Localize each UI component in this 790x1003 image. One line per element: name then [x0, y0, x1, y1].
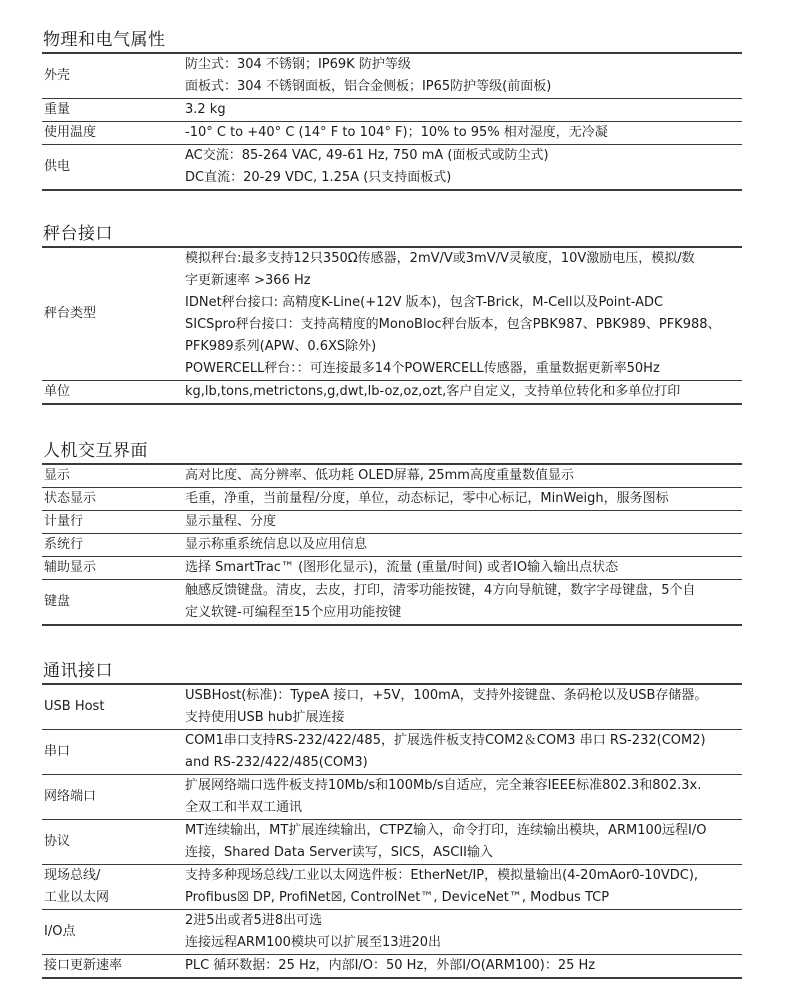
value-line: COM1串口支持RS-232/422/485，扩展选件板支持COM2＆COM3 … [185, 730, 740, 752]
row-label: 秤台类型 [42, 247, 183, 381]
table-row: I/O点 2进5出或者5进8出可选 连接远程ARM100模块可以扩展至13进20… [42, 910, 742, 955]
row-label: 计量行 [42, 511, 183, 534]
value-line: PLC 循环数据：25 Hz，内部I/O：50 Hz，外部I/O(ARM100)… [185, 955, 740, 977]
section-communication: 通讯接口 USB Host USBHost(标准)：TypeA 接口，+5V，1… [42, 659, 742, 979]
table-row: 系统行 显示称重系统信息以及应用信息 [42, 534, 742, 557]
spec-table: 秤台类型 模拟秤台:最多支持12只350Ω传感器，2mV/V或3mV/V灵敏度，… [42, 246, 742, 405]
table-row: USB Host USBHost(标准)：TypeA 接口，+5V，100mA，… [42, 684, 742, 730]
value-line: 面板式：304 不锈钢面板，铝合金侧板；IP65防护等级(前面板) [185, 76, 740, 98]
row-label: 协议 [42, 820, 183, 865]
table-row: 现场总线/ 工业以太网 支持多种现场总线/工业以太网选件板：EtherNet/I… [42, 865, 742, 910]
row-value: MT连续输出，MT扩展连续输出，CTPZ输入，命令打印，连续输出模块，ARM10… [183, 820, 742, 865]
value-line: 显示量程、分度 [185, 511, 740, 533]
row-value: 扩展网络端口选件板支持10Mb/s和100Mb/s自适应，完全兼容IEEE标准8… [183, 775, 742, 820]
value-line: 全双工和半双工通讯 [185, 797, 740, 819]
spec-table: 外壳 防尘式：304 不锈钢；IP69K 防护等级 面板式：304 不锈钢面板，… [42, 52, 742, 191]
table-row: 串口 COM1串口支持RS-232/422/485，扩展选件板支持COM2＆CO… [42, 730, 742, 775]
row-value: 触感反馈键盘。清皮，去皮，打印，清零功能按键，4方向导航键，数字字母键盘，5个自… [183, 580, 742, 626]
value-line: Profibus☒ DP, ProfiNet☒, ControlNet™, De… [185, 887, 740, 909]
value-line: AC交流：85-264 VAC, 49-61 Hz, 750 mA (面板式或防… [185, 145, 740, 167]
section-title: 人机交互界面 [42, 439, 742, 463]
section-title: 通讯接口 [42, 659, 742, 683]
table-row: 接口更新速率 PLC 循环数据：25 Hz，内部I/O：50 Hz，外部I/O(… [42, 955, 742, 979]
value-line: 高对比度、高分辨率、低功耗 OLED屏幕, 25mm高度重量数值显示 [185, 465, 740, 487]
row-value: AC交流：85-264 VAC, 49-61 Hz, 750 mA (面板式或防… [183, 145, 742, 191]
row-value: 毛重，净重，当前量程/分度，单位，动态标记，零中心标记，MinWeigh，服务图… [183, 488, 742, 511]
value-line: 模拟秤台:最多支持12只350Ω传感器，2mV/V或3mV/V灵敏度，10V激励… [185, 248, 740, 270]
table-row: 计量行 显示量程、分度 [42, 511, 742, 534]
table-row: 使用温度 -10° C to +40° C (14° F to 104° F)；… [42, 122, 742, 145]
value-line: 防尘式：304 不锈钢；IP69K 防护等级 [185, 54, 740, 76]
row-value: 显示称重系统信息以及应用信息 [183, 534, 742, 557]
row-value: 3.2 kg [183, 99, 742, 122]
row-label: 状态显示 [42, 488, 183, 511]
row-value: PLC 循环数据：25 Hz，内部I/O：50 Hz，外部I/O(ARM100)… [183, 955, 742, 979]
section-physical-electrical: 物理和电气属性 外壳 防尘式：304 不锈钢；IP69K 防护等级 面板式：30… [42, 28, 742, 191]
row-value: COM1串口支持RS-232/422/485，扩展选件板支持COM2＆COM3 … [183, 730, 742, 775]
table-row: 外壳 防尘式：304 不锈钢；IP69K 防护等级 面板式：304 不锈钢面板，… [42, 53, 742, 99]
table-row: 状态显示 毛重，净重，当前量程/分度，单位，动态标记，零中心标记，MinWeig… [42, 488, 742, 511]
row-value: USBHost(标准)：TypeA 接口，+5V，100mA，支持外接键盘、条码… [183, 684, 742, 730]
value-line: 支持使用USB hub扩展连接 [185, 707, 740, 729]
row-label: 键盘 [42, 580, 183, 626]
spec-table: USB Host USBHost(标准)：TypeA 接口，+5V，100mA，… [42, 683, 742, 979]
table-row: 辅助显示 选择 SmartTrac™ (图形化显示)，流量 (重量/时间) 或者… [42, 557, 742, 580]
value-line: SICSpro秤台接口：支持高精度的MonoBloc秤台版本，包含PBK987、… [185, 314, 740, 336]
value-line: MT连续输出，MT扩展连续输出，CTPZ输入，命令打印，连续输出模块，ARM10… [185, 820, 740, 842]
row-value: 模拟秤台:最多支持12只350Ω传感器，2mV/V或3mV/V灵敏度，10V激励… [183, 247, 742, 381]
row-label: 显示 [42, 464, 183, 488]
row-value: kg,lb,tons,metrictons,g,dwt,lb-oz,oz,ozt… [183, 381, 742, 405]
row-label: 外壳 [42, 53, 183, 99]
value-line: 显示称重系统信息以及应用信息 [185, 534, 740, 556]
value-line: 毛重，净重，当前量程/分度，单位，动态标记，零中心标记，MinWeigh，服务图… [185, 488, 740, 510]
value-line: POWERCELL秤台：：可连接最多14个POWERCELL传感器，重量数据更新… [185, 358, 740, 380]
table-row: 网络端口 扩展网络端口选件板支持10Mb/s和100Mb/s自适应，完全兼容IE… [42, 775, 742, 820]
row-label: 重量 [42, 99, 183, 122]
value-line: kg,lb,tons,metrictons,g,dwt,lb-oz,oz,ozt… [185, 381, 740, 403]
table-row: 协议 MT连续输出，MT扩展连续输出，CTPZ输入，命令打印，连续输出模块，AR… [42, 820, 742, 865]
value-line: 选择 SmartTrac™ (图形化显示)，流量 (重量/时间) 或者IO输入输… [185, 557, 740, 579]
section-scale-interface: 秤台接口 秤台类型 模拟秤台:最多支持12只350Ω传感器，2mV/V或3mV/… [42, 222, 742, 405]
row-label: 供电 [42, 145, 183, 191]
spec-table: 显示 高对比度、高分辨率、低功耗 OLED屏幕, 25mm高度重量数值显示 状态… [42, 463, 742, 626]
value-line: 触感反馈键盘。清皮，去皮，打印，清零功能按键，4方向导航键，数字字母键盘，5个自 [185, 580, 740, 602]
value-line: 支持多种现场总线/工业以太网选件板：EtherNet/IP，模拟量输出(4-20… [185, 865, 740, 887]
row-label: 串口 [42, 730, 183, 775]
row-value: 防尘式：304 不锈钢；IP69K 防护等级 面板式：304 不锈钢面板，铝合金… [183, 53, 742, 99]
row-label: USB Host [42, 684, 183, 730]
table-row: 重量 3.2 kg [42, 99, 742, 122]
section-hmi: 人机交互界面 显示 高对比度、高分辨率、低功耗 OLED屏幕, 25mm高度重量… [42, 439, 742, 626]
value-line: -10° C to +40° C (14° F to 104° F)；10% t… [185, 122, 740, 144]
row-label: 系统行 [42, 534, 183, 557]
row-label: 使用温度 [42, 122, 183, 145]
row-label: 网络端口 [42, 775, 183, 820]
value-line: 2进5出或者5进8出可选 [185, 910, 740, 932]
value-line: 定义软键-可编程至15个应用功能按键 [185, 602, 740, 624]
row-value: 选择 SmartTrac™ (图形化显示)，流量 (重量/时间) 或者IO输入输… [183, 557, 742, 580]
value-line: 3.2 kg [185, 99, 740, 121]
value-line: PFK989系列(APW、0.6XS除外) [185, 336, 740, 358]
value-line: DC直流：20-29 VDC, 1.25A (只支持面板式) [185, 167, 740, 189]
table-row: 显示 高对比度、高分辨率、低功耗 OLED屏幕, 25mm高度重量数值显示 [42, 464, 742, 488]
value-line: 扩展网络端口选件板支持10Mb/s和100Mb/s自适应，完全兼容IEEE标准8… [185, 775, 740, 797]
value-line: USBHost(标准)：TypeA 接口，+5V，100mA，支持外接键盘、条码… [185, 685, 740, 707]
row-label: 现场总线/ 工业以太网 [42, 865, 183, 910]
row-label: 接口更新速率 [42, 955, 183, 979]
table-row: 键盘 触感反馈键盘。清皮，去皮，打印，清零功能按键，4方向导航键，数字字母键盘，… [42, 580, 742, 626]
row-value: 高对比度、高分辨率、低功耗 OLED屏幕, 25mm高度重量数值显示 [183, 464, 742, 488]
value-line: IDNet秤台接口: 高精度K-Line(+12V 版本)，包含T-Brick，… [185, 292, 740, 314]
value-line: 连接，Shared Data Server读写，SICS，ASCII输入 [185, 842, 740, 864]
label-line: 工业以太网 [44, 887, 181, 909]
table-row: 供电 AC交流：85-264 VAC, 49-61 Hz, 750 mA (面板… [42, 145, 742, 191]
row-label: I/O点 [42, 910, 183, 955]
row-label: 辅助显示 [42, 557, 183, 580]
label-line: 现场总线/ [44, 865, 181, 887]
table-row: 单位 kg,lb,tons,metrictons,g,dwt,lb-oz,oz,… [42, 381, 742, 405]
value-line: 连接远程ARM100模块可以扩展至13进20出 [185, 932, 740, 954]
row-value: -10° C to +40° C (14° F to 104° F)；10% t… [183, 122, 742, 145]
row-value: 显示量程、分度 [183, 511, 742, 534]
section-title: 秤台接口 [42, 222, 742, 246]
row-label: 单位 [42, 381, 183, 405]
value-line: 字更新速率 >366 Hz [185, 270, 740, 292]
value-line: and RS-232/422/485(COM3) [185, 752, 740, 774]
row-value: 2进5出或者5进8出可选 连接远程ARM100模块可以扩展至13进20出 [183, 910, 742, 955]
row-value: 支持多种现场总线/工业以太网选件板：EtherNet/IP，模拟量输出(4-20… [183, 865, 742, 910]
table-row: 秤台类型 模拟秤台:最多支持12只350Ω传感器，2mV/V或3mV/V灵敏度，… [42, 247, 742, 381]
section-title: 物理和电气属性 [42, 28, 742, 52]
